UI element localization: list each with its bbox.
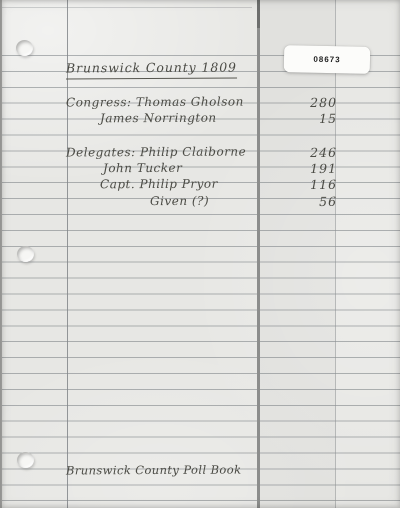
candidate-line-congress-norrington: James Norrington	[100, 111, 217, 126]
vote-count-given: 56	[293, 194, 337, 209]
vote-count-norrington: 15	[293, 111, 337, 126]
vote-count-tucker: 191	[293, 161, 337, 176]
crease-dark-top	[257, 0, 260, 28]
top-faint-rule-line	[0, 7, 252, 8]
candidate-line-delegates-claiborne: Delegates: Philip Claiborne	[66, 145, 246, 160]
footer-note: Brunswick County Poll Book	[66, 463, 242, 478]
candidate-line-delegates-given: Given (?)	[150, 194, 209, 208]
archive-number: 08673	[313, 55, 340, 65]
candidate-line-delegates-pryor: Capt. Philip Pryor	[100, 177, 218, 192]
page-title: Brunswick County 1809	[66, 60, 237, 80]
vertical-crease-line	[257, 0, 260, 508]
vertical-fold-line	[335, 0, 336, 508]
punch-hole-bottom	[17, 452, 34, 468]
candidate-line-congress-gholson: Congress: Thomas Gholson	[66, 95, 244, 110]
candidate-line-delegates-tucker: John Tucker	[103, 161, 182, 175]
vote-count-pryor: 116	[293, 177, 337, 192]
punch-hole-middle	[17, 246, 34, 262]
vote-count-claiborne: 246	[293, 145, 337, 160]
scan-left-edge	[0, 0, 2, 508]
center-column-shading	[260, 0, 335, 508]
archive-sticker: 08673	[284, 45, 371, 74]
scanned-poll-book-page: 08673 Brunswick County 1809 Congress: Th…	[0, 0, 400, 508]
punch-hole-top	[16, 40, 33, 56]
vote-count-gholson: 280	[293, 95, 337, 110]
